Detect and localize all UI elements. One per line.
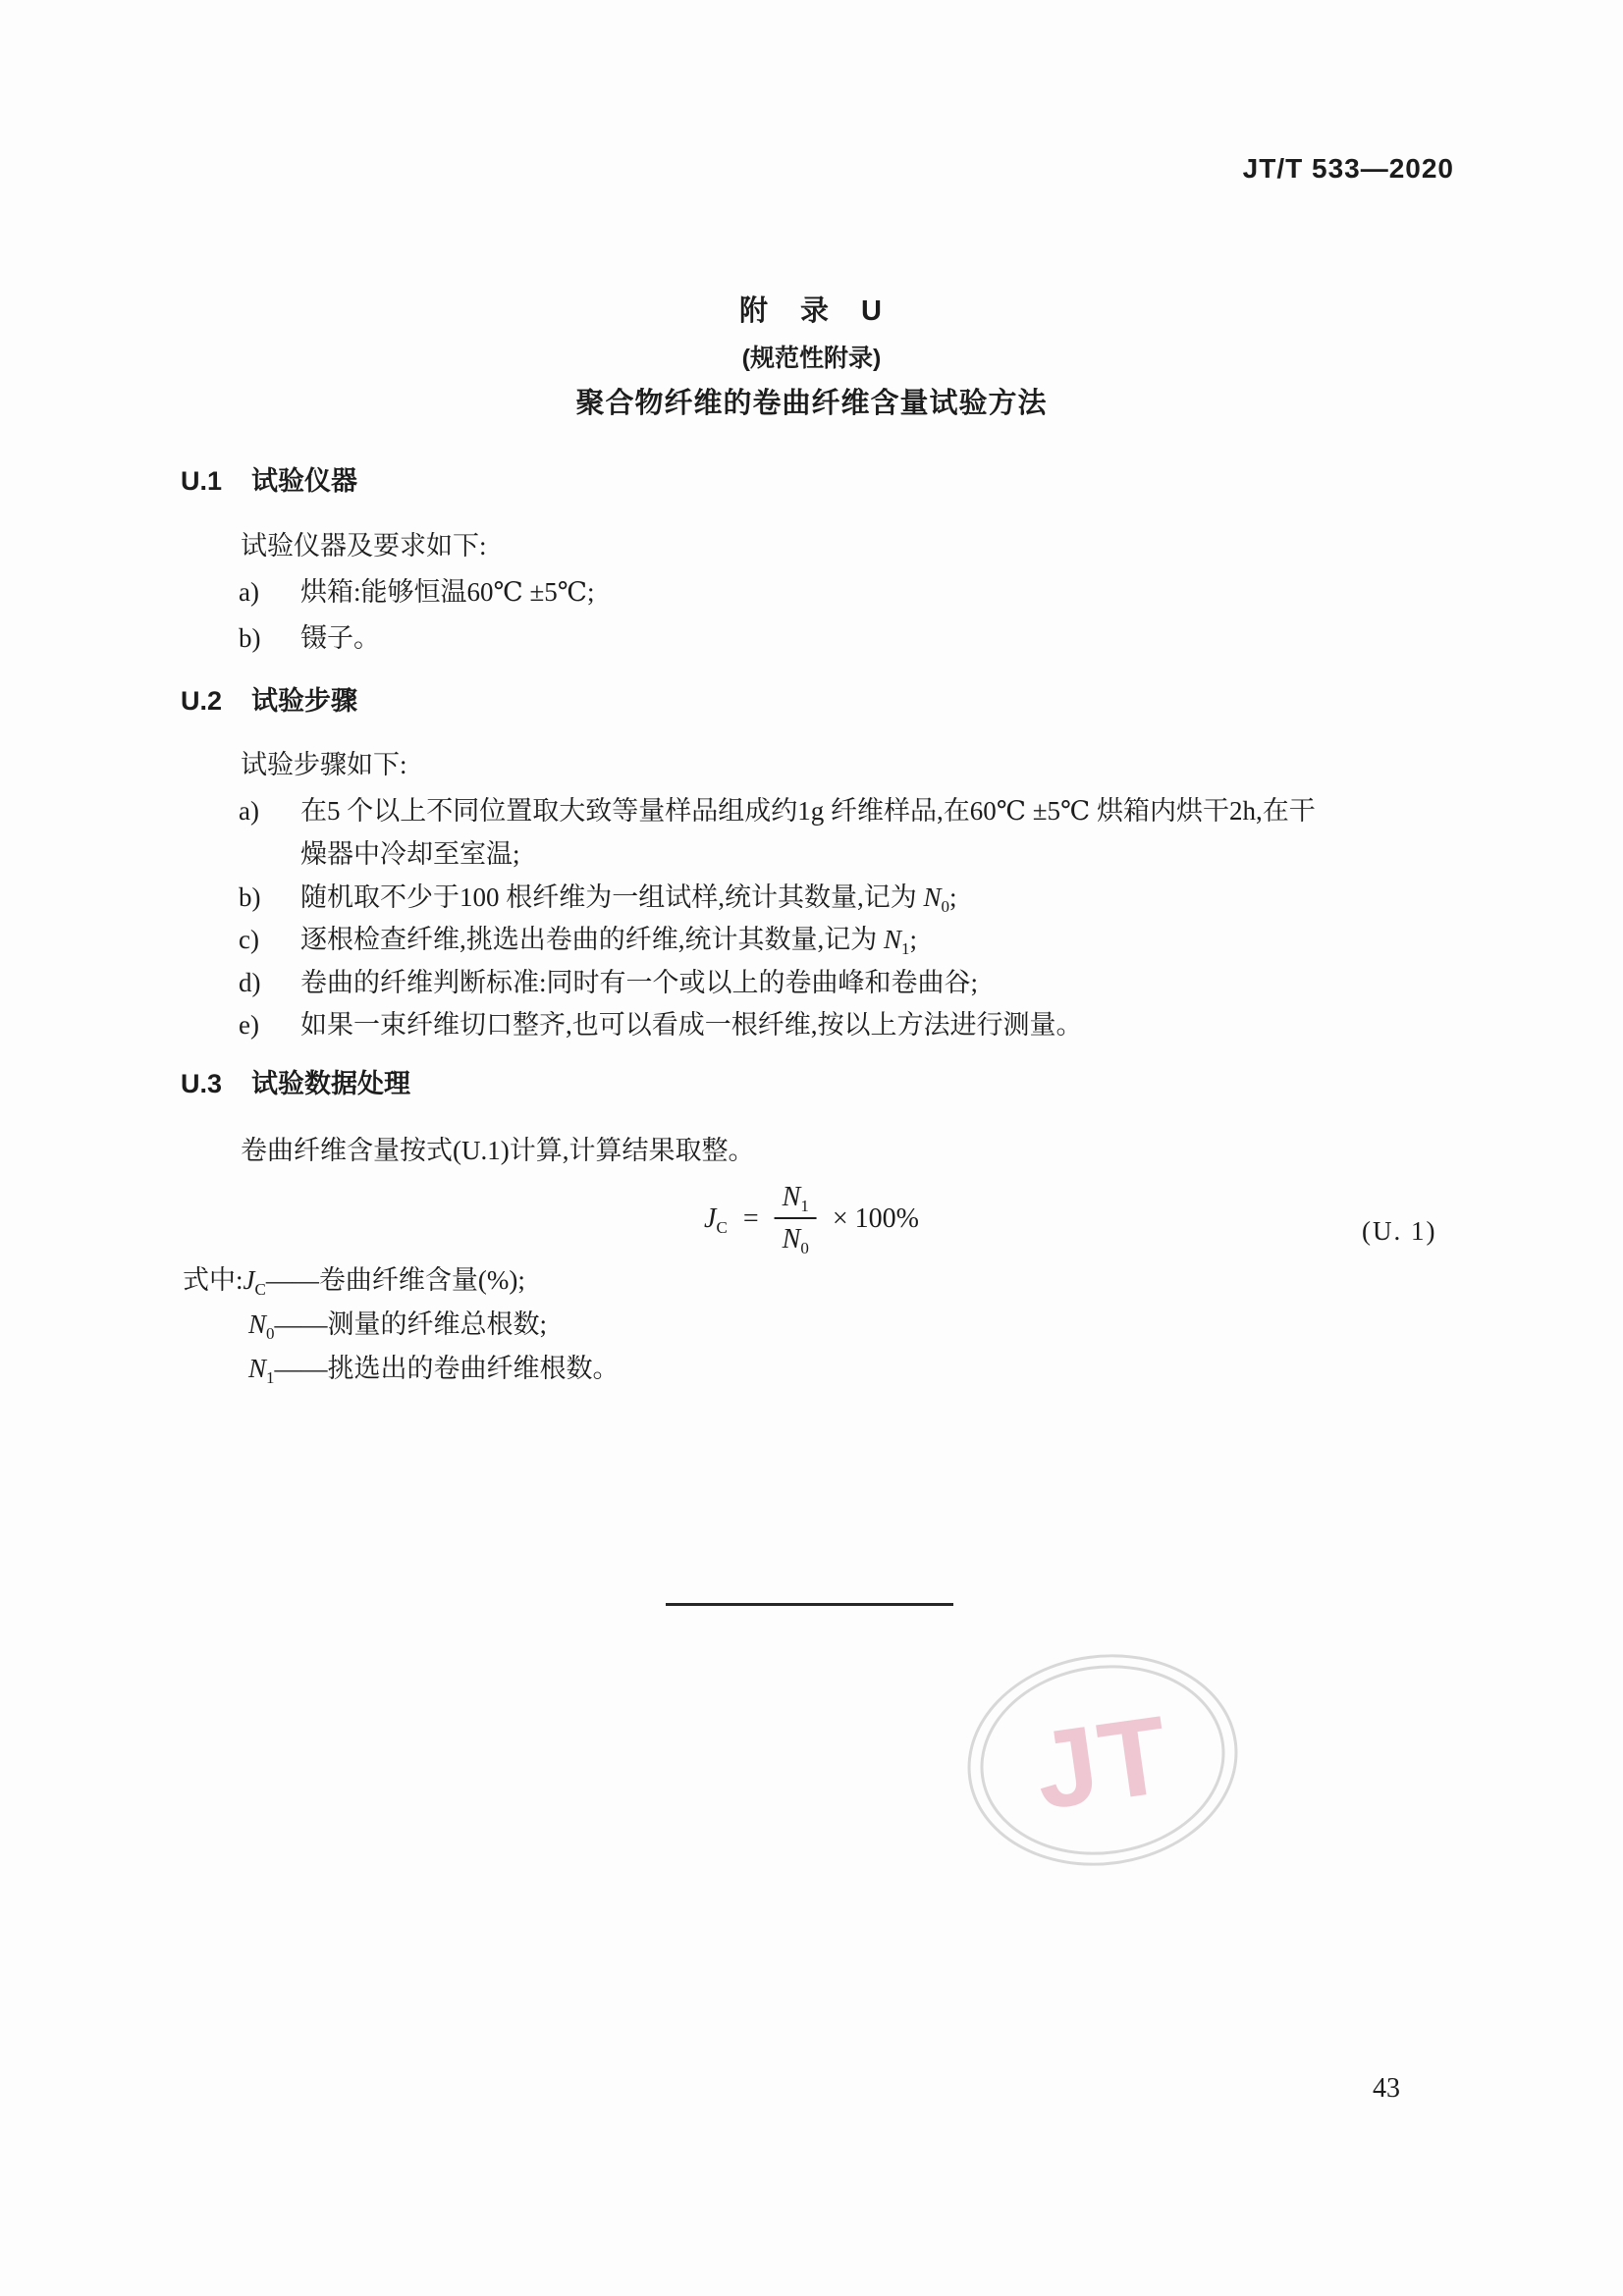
where-n0-desc: 测量的纤维总根数; <box>328 1309 548 1339</box>
watermark-jt-text: JT <box>954 1643 1251 1883</box>
u2-item-b-text: 随机取不少于100 根纤维为一组试样,统计其数量,记为 <box>300 882 924 912</box>
u3-intro: 卷曲纤维含量按式(U.1)计算,计算结果取整。 <box>241 1135 754 1168</box>
where-jc-subscript: C <box>255 1280 266 1299</box>
u2-item-c-subscript: 1 <box>901 939 910 958</box>
formula-equals-sign: = <box>743 1201 759 1236</box>
u1-item-a: a)烘箱:能够恒温60℃ ±5℃; <box>239 576 594 610</box>
where-n1-desc: 挑选出的卷曲纤维根数。 <box>328 1354 620 1383</box>
where-n1-dash: —— <box>275 1354 328 1383</box>
formula-lhs: JC <box>704 1201 728 1236</box>
section-u3-number: U.3 <box>181 1069 222 1098</box>
where-n0-subscript: 0 <box>266 1324 275 1343</box>
u2-item-c-label: c) <box>239 924 300 957</box>
section-u3-heading: U.3试验数据处理 <box>181 1068 410 1101</box>
fraction-denominator: N0 <box>775 1219 817 1256</box>
section-u3-title: 试验数据处理 <box>251 1069 410 1098</box>
where-n0-variable: N <box>248 1309 266 1339</box>
where-n0-dash: —— <box>275 1309 328 1339</box>
u1-item-b-label: b) <box>239 622 300 656</box>
where-clause-n0: N0——测量的纤维总根数; <box>248 1308 547 1342</box>
u2-item-b-variable: N <box>924 882 942 912</box>
formula-u1: JC = N1 N0 × 100% <box>704 1180 919 1256</box>
u2-item-c-post: ; <box>910 925 918 954</box>
u2-item-a-label: a) <box>239 795 300 828</box>
u1-item-a-label: a) <box>239 576 300 610</box>
u2-item-e: e)如果一束纤维切口整齐,也可以看成一根纤维,按以上方法进行测量。 <box>239 1009 1083 1042</box>
numerator-subscript: 1 <box>800 1197 809 1215</box>
u2-item-d-text: 卷曲的纤维判断标准:同时有一个或以上的卷曲峰和卷曲谷; <box>300 968 978 997</box>
formula-lhs-subscript: C <box>716 1218 727 1237</box>
end-of-document-divider <box>666 1603 953 1606</box>
numerator-variable: N <box>783 1182 801 1212</box>
u2-item-a-line2: 燥器中冷却至室温; <box>300 838 520 872</box>
appendix-type-subtitle: (规范性附录) <box>0 344 1623 374</box>
u2-item-b-post: ; <box>949 882 957 912</box>
denominator-subscript: 0 <box>800 1239 809 1257</box>
section-u1-title: 试验仪器 <box>251 466 357 496</box>
page-number: 43 <box>1373 2071 1400 2106</box>
formula-fraction: N1 N0 <box>775 1180 817 1256</box>
fraction-numerator: N1 <box>775 1180 817 1219</box>
section-u1-number: U.1 <box>181 466 222 496</box>
u2-item-c-text: 逐根检查纤维,挑选出卷曲的纤维,统计其数量,记为 <box>300 925 884 954</box>
section-u2-number: U.2 <box>181 686 222 716</box>
u2-item-e-label: e) <box>239 1009 300 1042</box>
where-jc-desc: 卷曲纤维含量(%); <box>319 1265 525 1295</box>
where-jc-dash: —— <box>266 1265 319 1295</box>
formula-times-100: × 100% <box>833 1201 919 1236</box>
u1-item-a-text: 烘箱:能够恒温60℃ ±5℃; <box>300 577 594 607</box>
doc-number-header: JT/T 533—2020 <box>1243 151 1454 186</box>
appendix-title: 附 录 U <box>0 294 1623 329</box>
where-prefix: 式中: <box>183 1265 243 1295</box>
u2-item-a-line1: a)在5 个以上不同位置取大致等量样品组成约1g 纤维样品,在60℃ ±5℃ 烘… <box>239 795 1316 828</box>
document-page: JT/T 533—2020 附 录 U (规范性附录) 聚合物纤维的卷曲纤维含量… <box>0 0 1623 2296</box>
where-clause-n1: N1——挑选出的卷曲纤维根数。 <box>248 1353 620 1386</box>
section-u2-title: 试验步骤 <box>251 686 357 716</box>
u2-item-a-text1: 在5 个以上不同位置取大致等量样品组成约1g 纤维样品,在60℃ ±5℃ 烘箱内… <box>300 796 1316 826</box>
appendix-name-title: 聚合物纤维的卷曲纤维含量试验方法 <box>0 386 1623 421</box>
denominator-variable: N <box>783 1224 801 1255</box>
jt-watermark: JT <box>953 1637 1251 1883</box>
u1-item-b-text: 镊子。 <box>300 623 380 653</box>
section-u1-heading: U.1试验仪器 <box>181 465 357 499</box>
u2-item-b-label: b) <box>239 881 300 915</box>
u2-item-c: c)逐根检查纤维,挑选出卷曲的纤维,统计其数量,记为 N1; <box>239 924 917 957</box>
where-jc-variable: J <box>243 1265 255 1295</box>
u2-item-c-variable: N <box>884 925 901 954</box>
u2-item-d-label: d) <box>239 967 300 1000</box>
u2-intro: 试验步骤如下: <box>241 749 407 782</box>
u1-item-b: b)镊子。 <box>239 622 380 656</box>
where-clause-jc: 式中:JC——卷曲纤维含量(%); <box>183 1264 525 1298</box>
formula-lhs-variable: J <box>704 1203 716 1234</box>
where-n1-subscript: 1 <box>266 1368 275 1387</box>
u2-item-d: d)卷曲的纤维判断标准:同时有一个或以上的卷曲峰和卷曲谷; <box>239 967 978 1000</box>
u2-item-e-text: 如果一束纤维切口整齐,也可以看成一根纤维,按以上方法进行测量。 <box>300 1010 1083 1040</box>
where-n1-variable: N <box>248 1354 266 1383</box>
formula-number-label: (U. 1) <box>1362 1215 1436 1249</box>
u2-item-b-subscript: 0 <box>942 897 950 916</box>
u2-item-b: b)随机取不少于100 根纤维为一组试样,统计其数量,记为 N0; <box>239 881 957 915</box>
u1-intro: 试验仪器及要求如下: <box>241 530 487 563</box>
section-u2-heading: U.2试验步骤 <box>181 685 357 719</box>
